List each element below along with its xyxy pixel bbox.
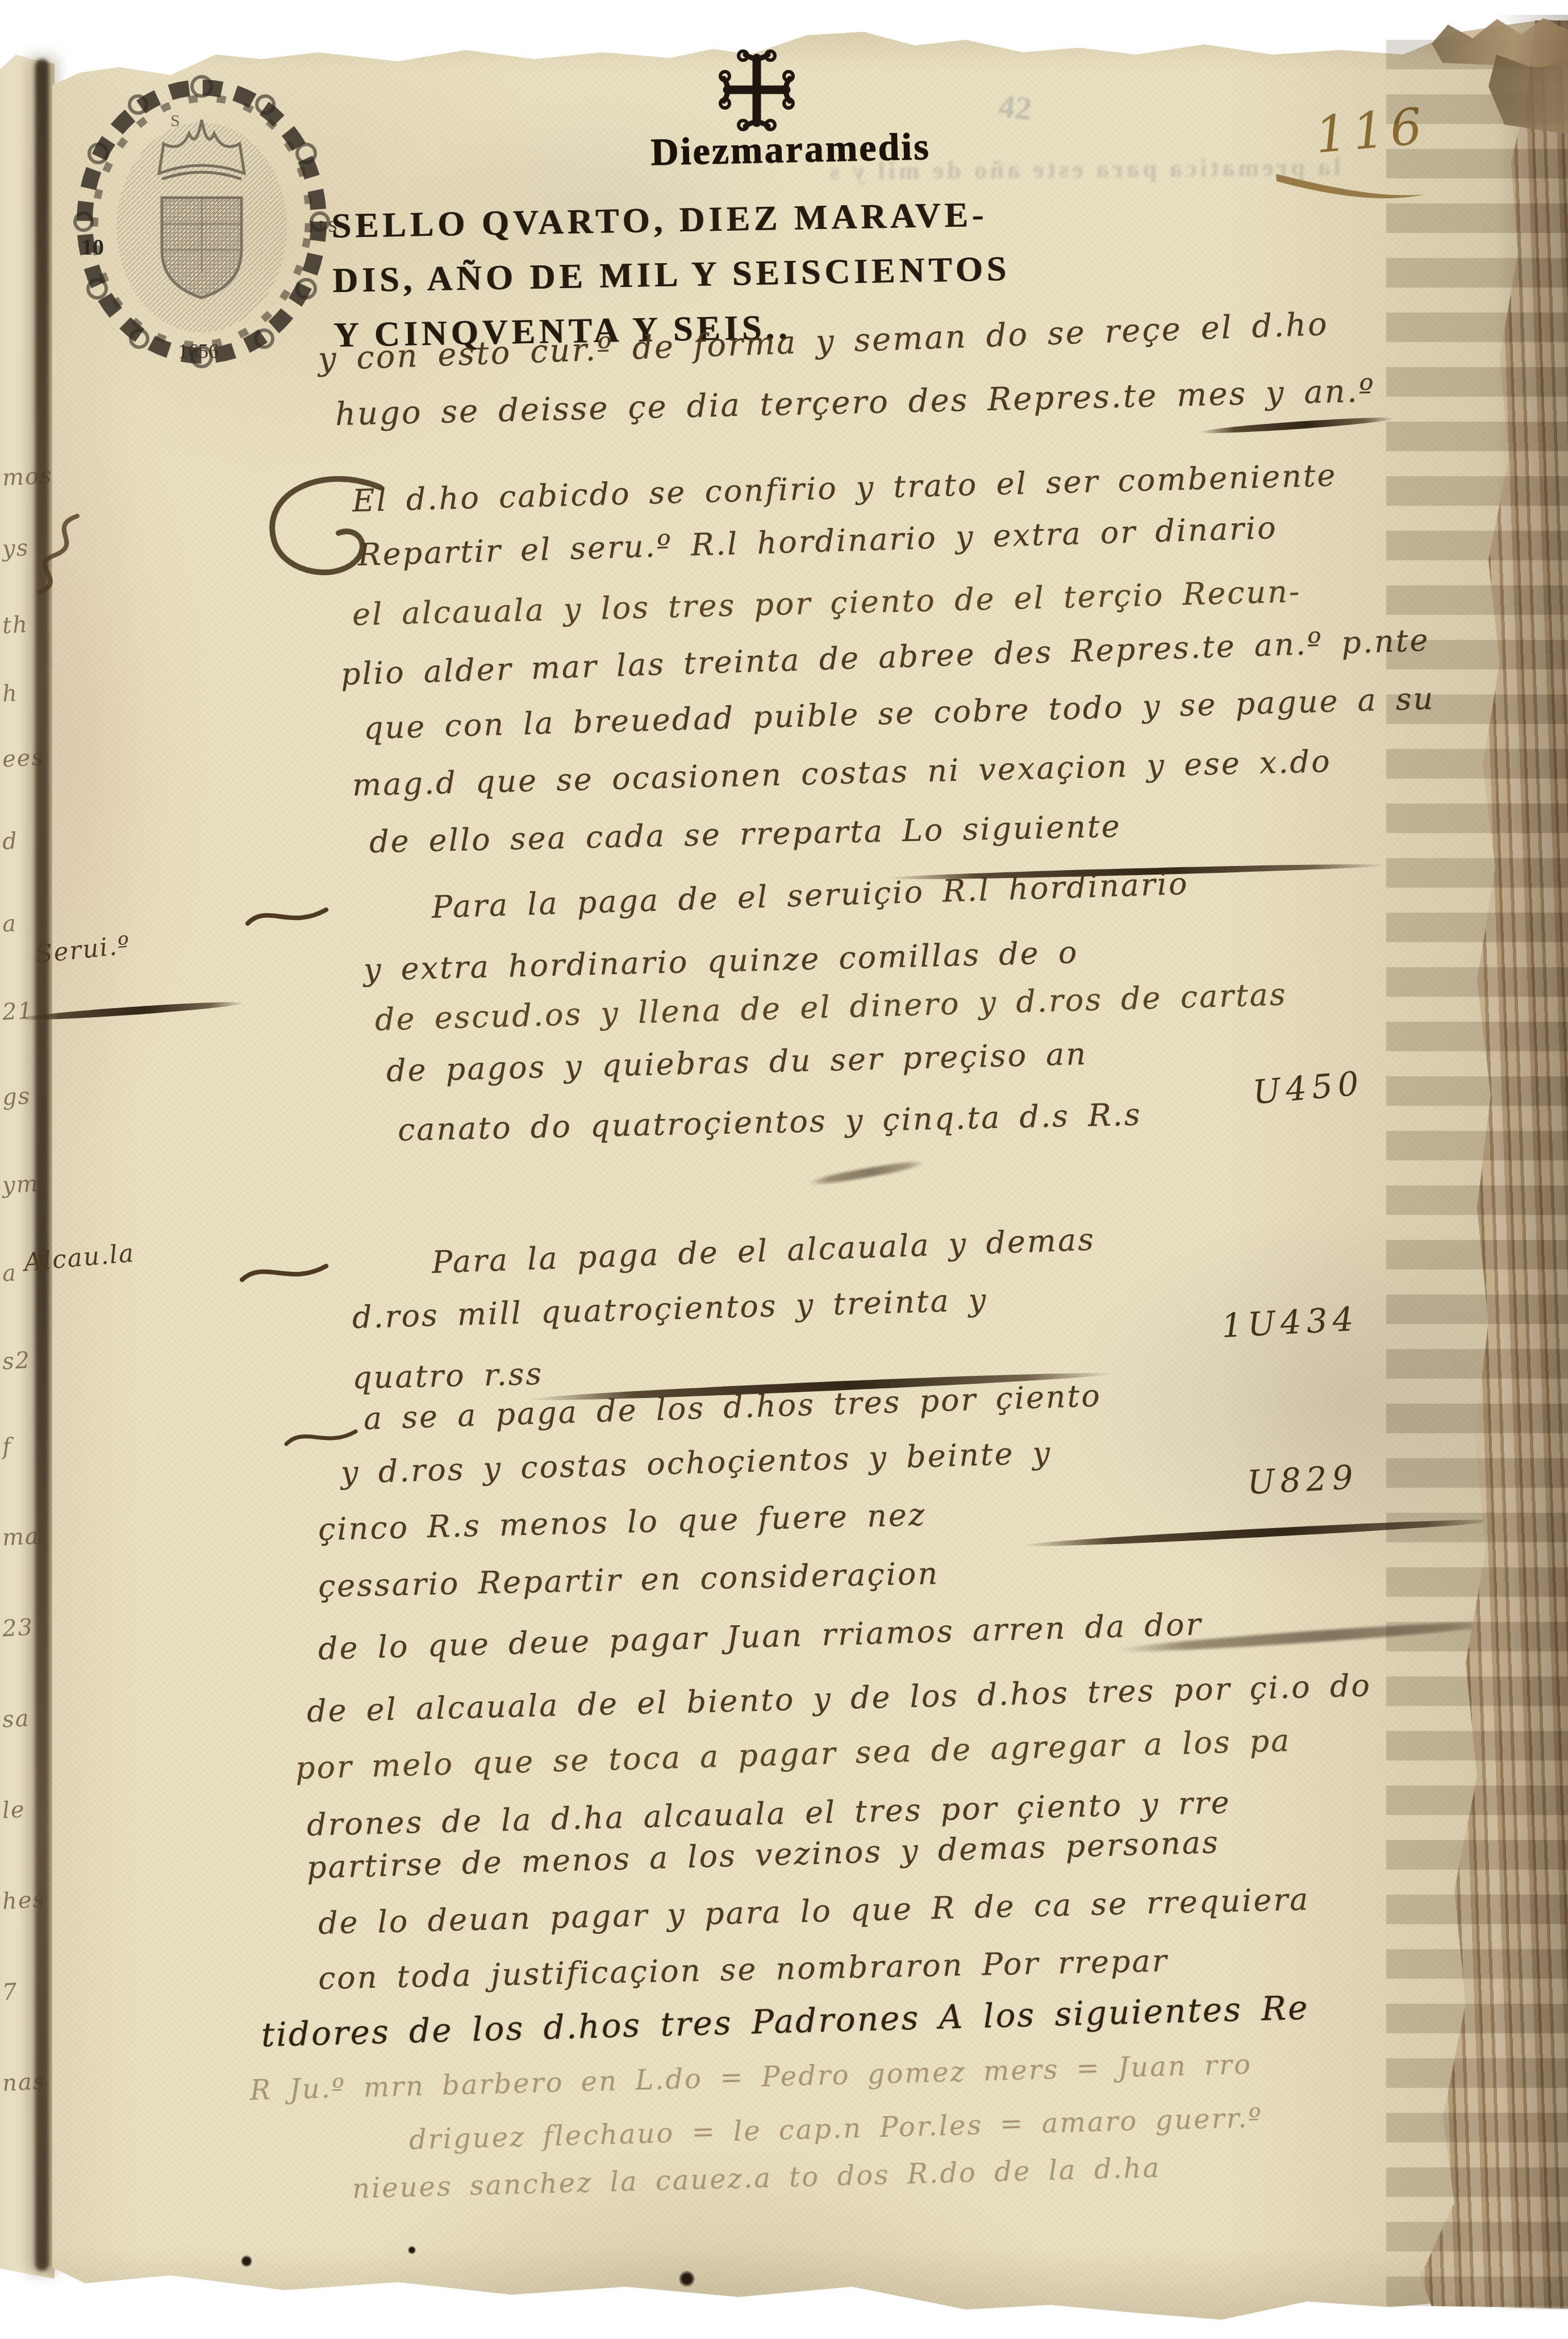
amount-alcabala: 1U434: [1221, 1302, 1360, 1343]
seal-left-value: 10: [81, 234, 104, 260]
ink-speck: [679, 2270, 695, 2287]
ink-speck: [241, 2255, 252, 2267]
entry-tilde-flourish: [244, 901, 330, 935]
ink-speck: [408, 2246, 416, 2254]
ms-entry-line: quatro r.ss: [352, 1359, 543, 1393]
binding-gutter-fold: [35, 59, 49, 2271]
scanned-manuscript-page: { "header": { "tax_label": "Diezmaramedi…: [0, 0, 1568, 2339]
amount-tres-por-ciento: U829: [1246, 1460, 1359, 1499]
margin-paraph-squiggle: [23, 511, 97, 597]
verso-bleed-through-mark: 42: [997, 89, 1033, 126]
seal-coat-of-arms: [162, 198, 241, 298]
seal-top-letter: S: [170, 111, 180, 130]
entry-tilde-flourish: [284, 1424, 358, 1452]
seal-year: 1656: [178, 340, 219, 363]
folio-number: 116: [1313, 101, 1430, 161]
amount-servicio: U450: [1252, 1067, 1365, 1109]
notarial-seal: S 10 M S 1656: [54, 57, 349, 375]
entry-tilde-flourish: [239, 1256, 330, 1290]
cross-fleury-icon: [717, 48, 796, 133]
